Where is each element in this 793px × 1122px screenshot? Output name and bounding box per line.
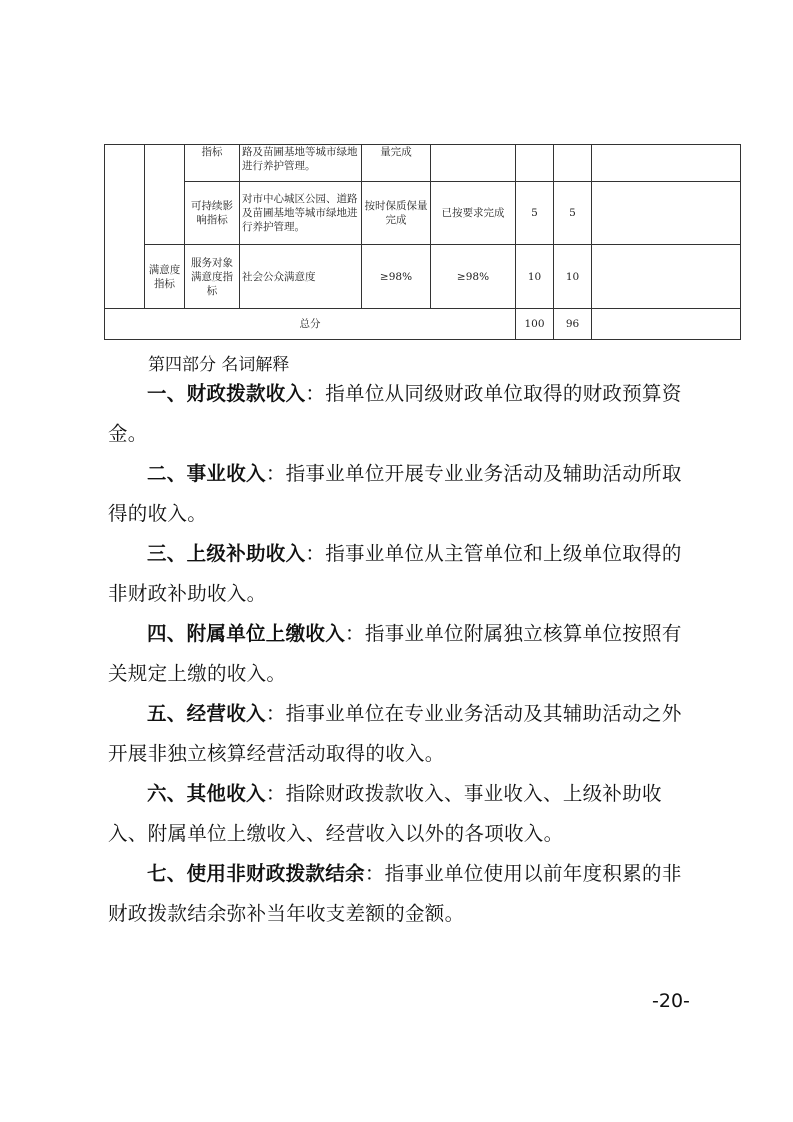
weight-cell [516, 145, 554, 182]
third-level-cell: 可持续影响指标 [185, 182, 240, 245]
target-cell: ≥98% [362, 245, 431, 309]
weight-cell: 10 [516, 245, 554, 309]
definition-separator: ： [305, 542, 325, 565]
actual-cell: ≥98% [431, 245, 516, 309]
third-level-cell: 服务对象满意度指标 [185, 245, 240, 309]
content-cell: 路及苗圃基地等城市绿地进行养护管理。 [240, 145, 362, 182]
definition-4: 四、附属单位上缴收入：指事业单位附属独立核算单位按照有关规定上缴的收入。 [108, 614, 698, 694]
note-cell [592, 245, 741, 309]
actual-cell: 已按要求完成 [431, 182, 516, 245]
total-label-cell: 总分 [105, 309, 516, 340]
first-level-cell [105, 145, 145, 309]
page-number: -20- [652, 990, 690, 1012]
definition-term: 三、上级补助收入 [147, 542, 305, 565]
definition-term: 六、其他收入 [147, 782, 266, 805]
third-level-cell: 指标 [185, 145, 240, 182]
total-row: 总分 100 96 [105, 309, 741, 340]
definition-2: 二、事业收入：指事业单位开展专业业务活动及辅助活动所取得的收入。 [108, 454, 698, 534]
definition-3: 三、上级补助收入：指事业单位从主管单位和上级单位取得的非财政补助收入。 [108, 534, 698, 614]
definition-separator: ： [345, 622, 365, 645]
table-row: 指标 路及苗圃基地等城市绿地进行养护管理。 量完成 [105, 145, 741, 182]
total-weight-cell: 100 [516, 309, 554, 340]
definition-term: 四、附属单位上缴收入 [147, 622, 345, 645]
definition-separator: ： [266, 702, 286, 725]
table-row: 满意度指标 服务对象满意度指标 社会公众满意度 ≥98% ≥98% 10 10 [105, 245, 741, 309]
definition-term: 二、事业收入 [147, 462, 266, 485]
target-cell: 按时保质保量完成 [362, 182, 431, 245]
definition-term: 五、经营收入 [147, 702, 266, 725]
definition-5: 五、经营收入：指事业单位在专业业务活动及其辅助活动之外开展非独立核算经营活动取得… [108, 694, 698, 774]
content-cell: 对市中心城区公园、道路及苗圃基地等城市绿地进行养护管理。 [240, 182, 362, 245]
definition-7: 七、使用非财政拨款结余：指事业单位使用以前年度积累的非财政拨款结余弥补当年收支差… [108, 854, 698, 934]
weight-cell: 5 [516, 182, 554, 245]
definition-term: 一、财政拨款收入 [147, 382, 305, 405]
total-note-cell [592, 309, 741, 340]
target-cell: 量完成 [362, 145, 431, 182]
definition-separator: ： [305, 382, 325, 405]
table-row: 可持续影响指标 对市中心城区公园、道路及苗圃基地等城市绿地进行养护管理。 按时保… [105, 182, 741, 245]
definition-term: 七、使用非财政拨款结余 [147, 862, 365, 885]
note-cell [592, 145, 741, 182]
content-cell: 社会公众满意度 [240, 245, 362, 309]
total-score-cell: 96 [554, 309, 592, 340]
second-level-cell [145, 145, 185, 245]
performance-table: 指标 路及苗圃基地等城市绿地进行养护管理。 量完成 可持续影响指标 对市中心城区… [104, 144, 741, 340]
score-cell: 5 [554, 182, 592, 245]
definition-separator: ： [365, 862, 385, 885]
section-title: 第四部分 名词解释 [148, 350, 289, 375]
actual-cell [431, 145, 516, 182]
score-cell: 10 [554, 245, 592, 309]
note-cell [592, 182, 741, 245]
definition-1: 一、财政拨款收入：指单位从同级财政单位取得的财政预算资金。 [108, 374, 698, 454]
definition-separator: ： [266, 462, 286, 485]
score-cell [554, 145, 592, 182]
second-level-cell: 满意度指标 [145, 245, 185, 309]
definition-6: 六、其他收入：指除财政拨款收入、事业收入、上级补助收入、附属单位上缴收入、经营收… [108, 774, 698, 854]
definition-separator: ： [266, 782, 286, 805]
